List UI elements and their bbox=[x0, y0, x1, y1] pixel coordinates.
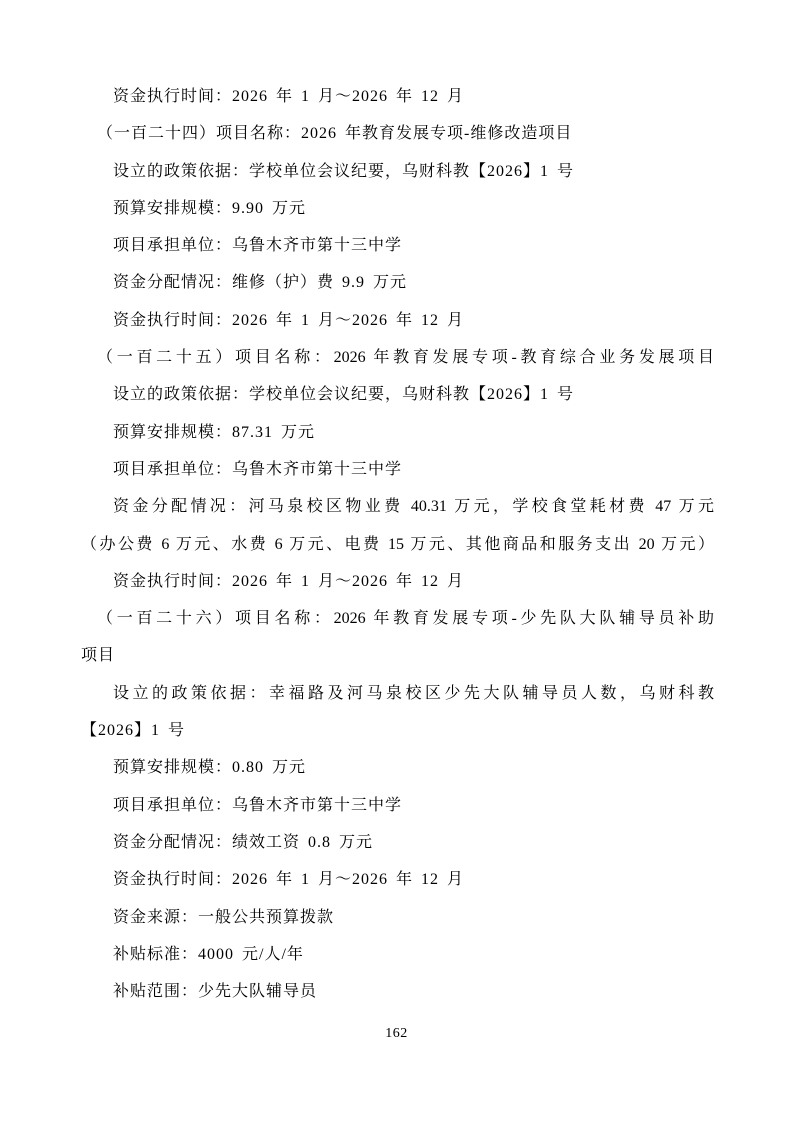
doc-line: 资金执行时间：2026 年 1 月～2026 年 12 月 bbox=[81, 302, 714, 339]
doc-line: 预算安排规模：87.31 万元 bbox=[81, 414, 714, 451]
doc-line: 补贴标准：4000 元/人/年 bbox=[81, 936, 714, 973]
doc-line: 设立的政策依据：幸福路及河马泉校区少先大队辅导员人数，乌财科教 bbox=[81, 675, 714, 712]
doc-line: 资金来源：一般公共预算拨款 bbox=[81, 899, 714, 936]
doc-line: 资金执行时间：2026 年 1 月～2026 年 12 月 bbox=[81, 563, 714, 600]
doc-line: 资金执行时间：2026 年 1 月～2026 年 12 月 bbox=[81, 861, 714, 898]
doc-line: 设立的政策依据：学校单位会议纪要，乌财科教【2026】1 号 bbox=[81, 153, 714, 190]
page-number: 162 bbox=[0, 1024, 793, 1044]
doc-line: 项目 bbox=[81, 637, 714, 674]
doc-line: 资金分配情况：河马泉校区物业费 40.31 万元，学校食堂耗材费 47 万元 bbox=[81, 488, 714, 525]
doc-line: 资金执行时间：2026 年 1 月～2026 年 12 月 bbox=[81, 78, 714, 115]
doc-line: （一百二十六）项目名称：2026 年教育发展专项-少先队大队辅导员补助 bbox=[81, 600, 714, 637]
document-body: 资金执行时间：2026 年 1 月～2026 年 12 月 （一百二十四）项目名… bbox=[81, 78, 714, 1010]
doc-line: 资金分配情况：绩效工资 0.8 万元 bbox=[81, 824, 714, 861]
doc-line: 补贴范围：少先大队辅导员 bbox=[81, 973, 714, 1010]
doc-line: 项目承担单位：乌鲁木齐市第十三中学 bbox=[81, 787, 714, 824]
doc-line: 预算安排规模：9.90 万元 bbox=[81, 190, 714, 227]
doc-line: 预算安排规模：0.80 万元 bbox=[81, 749, 714, 786]
document-page: 资金执行时间：2026 年 1 月～2026 年 12 月 （一百二十四）项目名… bbox=[0, 0, 793, 1122]
doc-line: 【2026】1 号 bbox=[81, 712, 714, 749]
doc-line: （一百二十四）项目名称：2026 年教育发展专项-维修改造项目 bbox=[81, 115, 714, 152]
doc-line: 设立的政策依据：学校单位会议纪要，乌财科教【2026】1 号 bbox=[81, 376, 714, 413]
doc-line: （办公费 6 万元、水费 6 万元、电费 15 万元、其他商品和服务支出 20 … bbox=[81, 526, 714, 563]
doc-line: （一百二十五）项目名称：2026 年教育发展专项-教育综合业务发展项目 bbox=[81, 339, 714, 376]
doc-line: 项目承担单位：乌鲁木齐市第十三中学 bbox=[81, 227, 714, 264]
doc-line: 资金分配情况：维修（护）费 9.9 万元 bbox=[81, 264, 714, 301]
doc-line: 项目承担单位：乌鲁木齐市第十三中学 bbox=[81, 451, 714, 488]
